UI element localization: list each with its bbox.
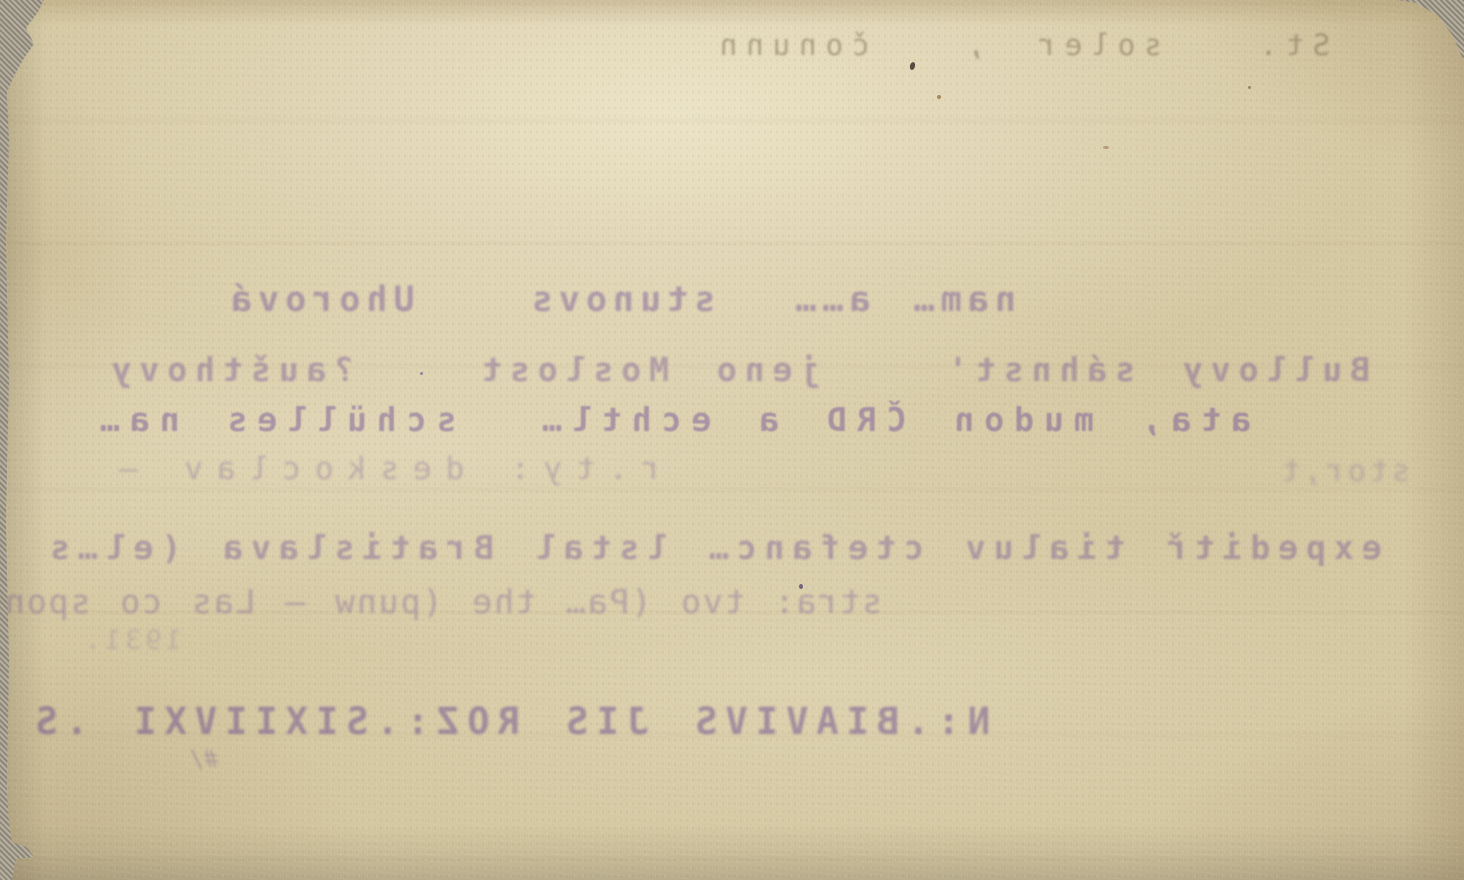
stamp-line-mirrored: N:.BIAVIVS JIS ROZ:.SIXIIVXI .S <box>50 702 990 743</box>
paper-speck <box>420 372 423 375</box>
typewriter-line-mirrored: nam… a…… stunovs Uhorová <box>225 281 1070 320</box>
typewriter-line-mirrored: stra: tvo (Pa… the (punw – Las co spons <box>42 584 882 620</box>
pencil-note-mirrored: St. soler , čonunn <box>740 30 1330 62</box>
paper-speck <box>937 95 941 99</box>
typewriter-line-mirrored: Bullovy sáhnst' jeno Moslost ?aušthovy <box>65 352 1370 388</box>
paper-speck <box>1248 86 1251 89</box>
small-mark-mirrored: #/ <box>138 746 218 772</box>
paper-speck <box>799 584 803 589</box>
typewriter-line-mirrored: ata, mudon ČRD a echtl… schülles na… <box>90 402 1305 438</box>
aged-paper: St. soler , čonunn nam… a…… stunovs Uhor… <box>0 0 1464 880</box>
paper-speck <box>1103 146 1109 149</box>
typewriter-line-mirrored: expeditř tialuv ctefanc… lstal Bratislav… <box>42 530 1432 566</box>
year-fragment-mirrored: 1931. <box>62 626 182 656</box>
scanned-photo-back: St. soler , čonunn nam… a…… stunovs Uhor… <box>0 0 1464 880</box>
typewriter-line-mirrored: r.ty: deskoclav – <box>105 452 665 486</box>
typewriter-fragment-mirrored: stor,t <box>1235 455 1410 488</box>
paper-grain-texture <box>0 0 1464 880</box>
